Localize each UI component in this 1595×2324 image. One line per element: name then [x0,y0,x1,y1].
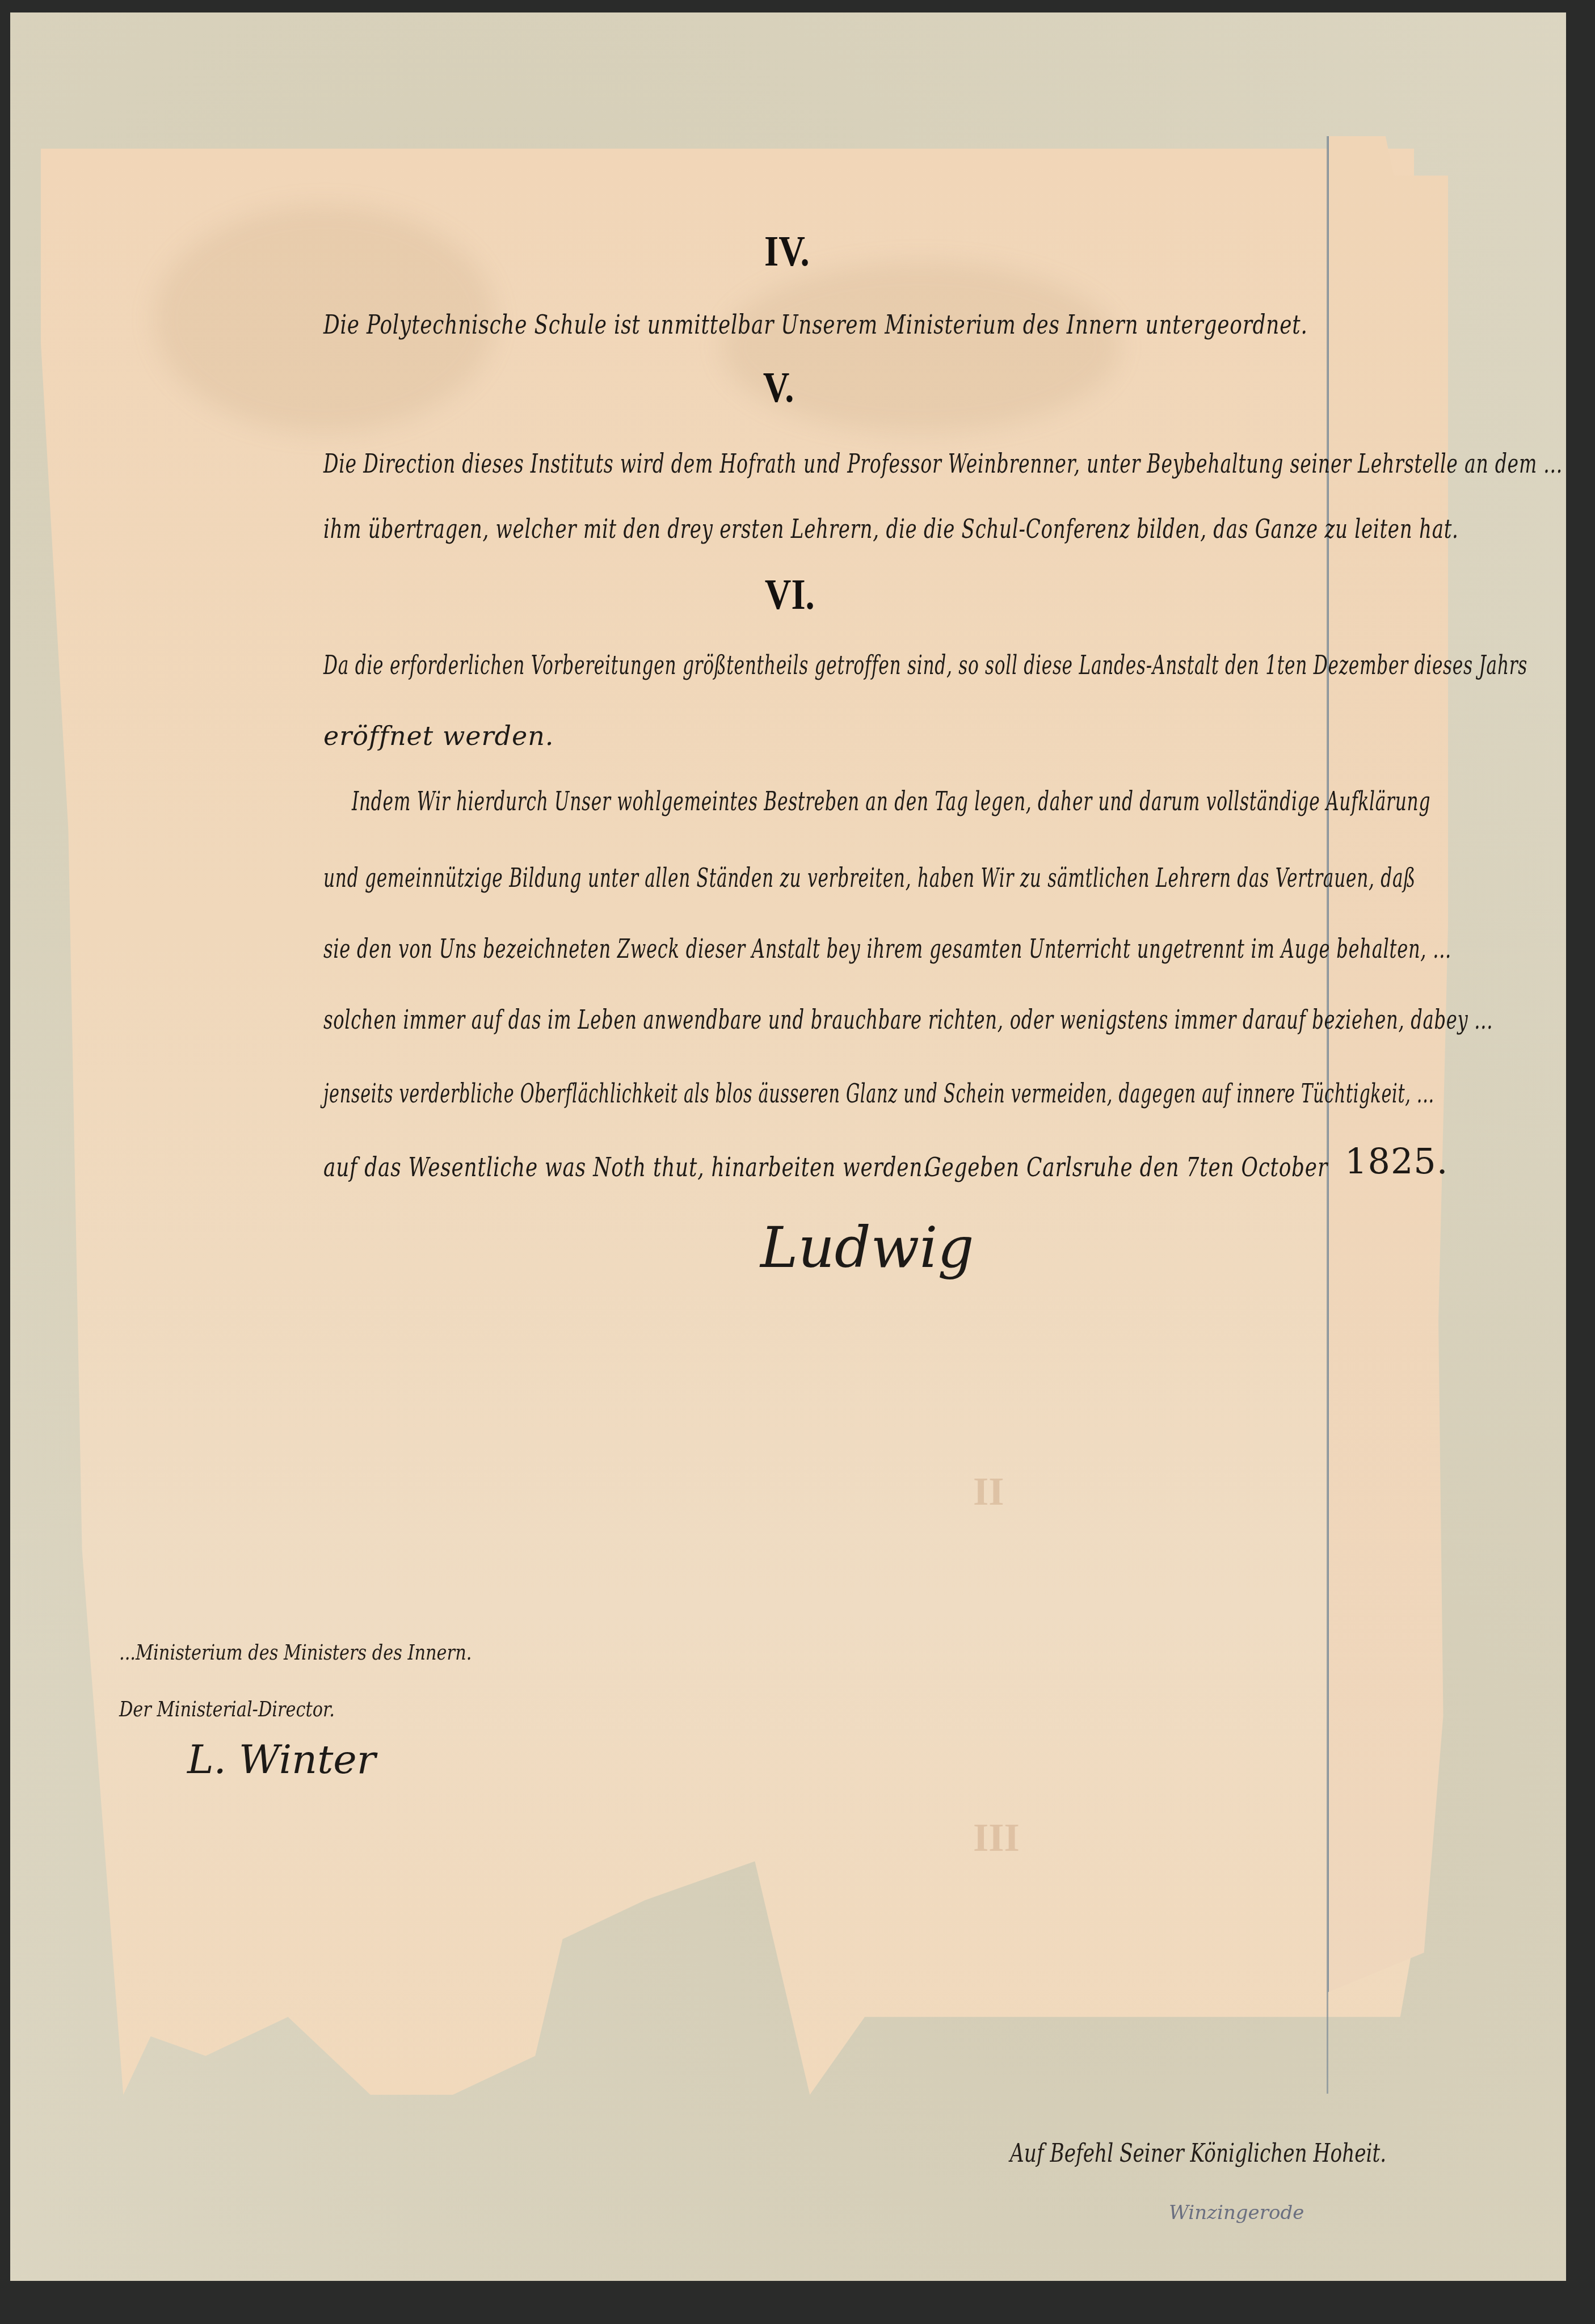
footer-order-note: Auf Befehl Seiner Königlichen Hoheit. [1010,2139,1386,2168]
bleed-through-numeral: II [973,1470,1004,1515]
closing-paragraph-line-6: auf das Wesentliche was Noth thut, hinar… [323,1152,929,1182]
countersign-line-2: Der Ministerial-Director. [119,1696,335,1721]
closing-paragraph-line-2: und gemeinnützige Bildung unter allen St… [323,862,1416,893]
section-vi-line-1: Da die erforderlichen Vorbereitungen grö… [323,650,1527,680]
signature-ludwig: Ludwig [760,1214,974,1281]
manuscript-text: IV. Die Polytechnische Schule ist unmitt… [0,0,1595,2324]
section-vi-line-2: eröffnet werden. [323,721,554,751]
countersign-line-1: ...Ministerium des Ministers des Innern. [119,1640,472,1665]
closing-paragraph-line-4: solchen immer auf das im Leben anwendbar… [323,1004,1493,1035]
pencil-annotation: Winzingerode [1169,2201,1304,2224]
section-numeral-iv: IV. [764,227,810,276]
section-numeral-vi: VI. [765,570,815,620]
closing-paragraph-line-3: sie den von Uns bezeichneten Zweck diese… [323,933,1451,964]
bleed-through-numeral: III [973,1816,1020,1861]
countersign-signature: L. Winter [187,1736,376,1783]
closing-paragraph-line-1: Indem Wir hierdurch Unser wohlgemeintes … [352,786,1430,816]
closing-paragraph-line-5: jenseits verderbliche Oberflächlichkeit … [323,1078,1434,1109]
section-numeral-v: V. [763,363,794,412]
section-v-line-1: Die Direction dieses Instituts wird dem … [323,448,1563,479]
section-iv-line-1: Die Polytechnische Schule ist unmittelba… [323,309,1308,340]
section-v-line-2: ihm übertragen, welcher mit den drey ers… [323,513,1459,544]
dateline-text: Gegeben Carlsruhe den 7ten October [925,1152,1328,1182]
dateline-year: 1825. [1345,1140,1449,1182]
